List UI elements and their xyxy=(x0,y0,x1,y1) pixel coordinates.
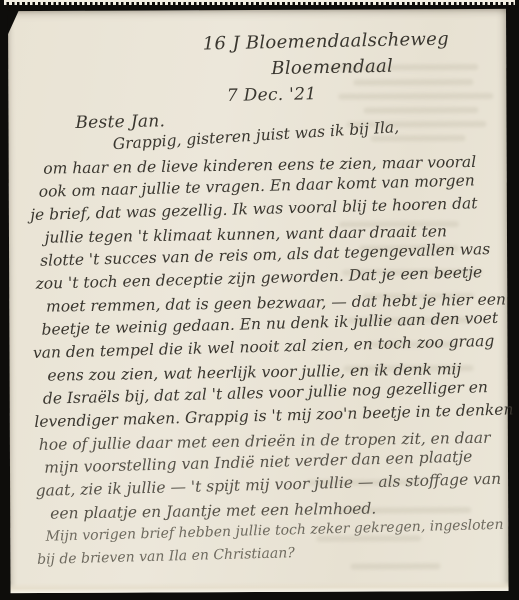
letter-text: 16 J Bloemendaalscheweg Bloemendaal 7 De… xyxy=(6,1,516,593)
handwritten-line: Grappig, gisteren juist was ik bij Ila, xyxy=(112,110,499,156)
address-line-1: 16 J Bloemendaalscheweg xyxy=(203,29,450,55)
date-line: 7 Dec. '21 xyxy=(227,84,317,106)
letter-body: Grappig, gisteren juist was ik bij Ila,o… xyxy=(29,126,508,572)
perforated-edge xyxy=(4,0,515,6)
scanned-letter-page: { "document": { "type": "handwritten-let… xyxy=(0,0,519,600)
letter-paper: 16 J Bloemendaalscheweg Bloemendaal 7 De… xyxy=(8,9,509,593)
salutation: Beste Jan. xyxy=(75,111,165,133)
address-line-2: Bloemendaal xyxy=(271,56,393,79)
perforation-teeth xyxy=(4,2,515,5)
